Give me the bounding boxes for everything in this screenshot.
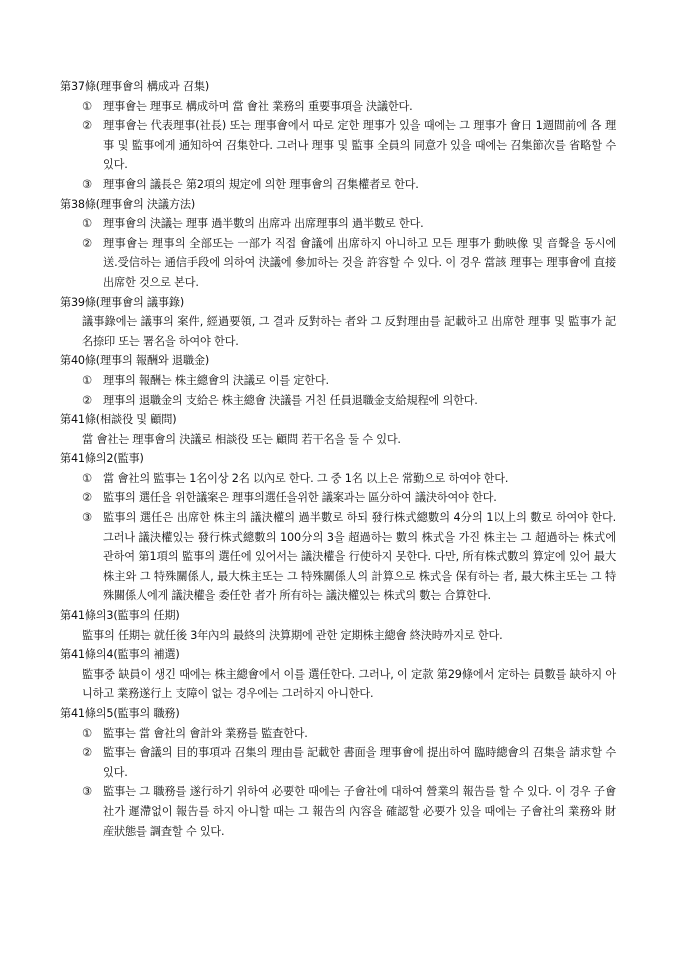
article-41: 第41條(相談役 및 顧問) 當 會社는 理事會의 決議로 相談役 또는 顧問 … xyxy=(60,410,616,449)
article-41-3: 第41條의3(監事의 任期) 監事의 任期는 就任後 3年內의 最終의 決算期에… xyxy=(60,606,616,645)
clause: ③ 理事會의 議長은 第2項의 規定에 의한 理事會의 召集權者로 한다. xyxy=(60,175,616,195)
clause: ① 理事의 報酬는 株主總會의 決議로 이를 定한다. xyxy=(60,371,616,391)
clause: ② 監事는 會議의 目的事項과 召集의 理由를 記載한 書面을 理事會에 提出하… xyxy=(60,743,616,782)
clause-text: 監事의 選任은 出席한 株主의 議決權의 過半數로 하되 發行株式總數의 4分의… xyxy=(103,511,616,602)
article-title: 第41條의2(監事) xyxy=(60,449,616,469)
clause-text: 當 會社의 監事는 1名이상 2名 以內로 한다. 그 중 1名 以上은 常勤으… xyxy=(103,472,508,485)
clause-number: ② xyxy=(82,234,92,254)
clause: ② 監事의 選任을 위한議案은 理事의選任을위한 議案과는 區分하여 議決하여야… xyxy=(60,488,616,508)
clause-text: 監事는 그 職務를 遂行하기 위하여 必要한 때에는 子會社에 대하여 營業의 … xyxy=(103,785,616,837)
clause-number: ② xyxy=(82,743,92,763)
clause-number: ① xyxy=(82,97,92,117)
article-39: 第39條(理事會의 議事錄) 議事錄에는 議事의 案件, 經過要領, 그 결과 … xyxy=(60,293,616,352)
article-body: 議事錄에는 議事의 案件, 經過要領, 그 결과 反對하는 者와 그 反對理由를… xyxy=(60,312,616,351)
article-title: 第41條(相談役 및 顧問) xyxy=(60,410,616,430)
clause: ③ 監事의 選任은 出席한 株主의 議決權의 過半數로 하되 發行株式總數의 4… xyxy=(60,508,616,606)
clause-number: ② xyxy=(82,488,92,508)
document-page: 第37條(理事會의 構成과 召集) ① 理事會는 理事로 構成하며 當 會社 業… xyxy=(60,77,616,841)
clause-number: ① xyxy=(82,469,92,489)
clause-text: 監事는 會議의 目的事項과 召集의 理由를 記載한 書面을 理事會에 提出하여 … xyxy=(103,746,616,779)
article-41-5: 第41條의5(監事의 職務) ① 監事는 當 會社의 會計와 業務를 監査한다.… xyxy=(60,704,616,841)
article-title: 第39條(理事會의 議事錄) xyxy=(60,293,616,313)
article-38: 第38條(理事會의 決議方法) ① 理事會의 決議는 理事 過半數의 出席과 出… xyxy=(60,195,616,293)
clause: ③ 監事는 그 職務를 遂行하기 위하여 必要한 때에는 子會社에 대하여 營業… xyxy=(60,782,616,841)
article-title: 第41條의5(監事의 職務) xyxy=(60,704,616,724)
article-37: 第37條(理事會의 構成과 召集) ① 理事會는 理事로 構成하며 當 會社 業… xyxy=(60,77,616,195)
clause: ① 當 會社의 監事는 1名이상 2名 以內로 한다. 그 중 1名 以上은 常… xyxy=(60,469,616,489)
article-title: 第41條의3(監事의 任期) xyxy=(60,606,616,626)
article-body: 當 會社는 理事會의 決議로 相談役 또는 顧問 若干名을 둘 수 있다. xyxy=(60,430,616,450)
clause-text: 理事의 報酬는 株主總會의 決議로 이를 定한다. xyxy=(103,374,329,387)
clause-number: ② xyxy=(82,116,92,136)
article-40: 第40條(理事의 報酬와 退職金) ① 理事의 報酬는 株主總會의 決議로 이를… xyxy=(60,351,616,410)
clause-text: 理事會의 議長은 第2項의 規定에 의한 理事會의 召集權者로 한다. xyxy=(103,178,419,191)
article-title: 第38條(理事會의 決議方法) xyxy=(60,195,616,215)
article-41-4: 第41條의4(監事의 補選) 監事중 缺員이 생긴 때에는 株主總會에서 이를 … xyxy=(60,645,616,704)
clause-text: 理事의 退職金의 支給은 株主總會 決議를 거친 任員退職金支給規程에 의한다. xyxy=(103,394,478,407)
article-title: 第37條(理事會의 構成과 召集) xyxy=(60,77,616,97)
clause-number: ② xyxy=(82,391,92,411)
article-title: 第40條(理事의 報酬와 退職金) xyxy=(60,351,616,371)
article-title: 第41條의4(監事의 補選) xyxy=(60,645,616,665)
clause-text: 理事會는 理事의 全部또는 一部가 직접 會議에 出席하지 아니하고 모든 理事… xyxy=(103,237,616,289)
clause-number: ③ xyxy=(82,782,92,802)
clause-number: ① xyxy=(82,371,92,391)
clause-text: 理事會의 決議는 理事 過半數의 出席과 出席理事의 過半數로 한다. xyxy=(103,217,423,230)
clause-text: 監事의 選任을 위한議案은 理事의選任을위한 議案과는 區分하여 議決하여야 한… xyxy=(103,491,497,504)
clause: ① 理事會의 決議는 理事 過半數의 出席과 出席理事의 過半數로 한다. xyxy=(60,214,616,234)
clause-text: 監事는 當 會社의 會計와 業務를 監査한다. xyxy=(103,727,308,740)
clause-text: 理事會는 代表理事(社長) 또는 理事會에서 따로 定한 理事가 있을 때에는 … xyxy=(103,119,616,171)
clause-number: ③ xyxy=(82,175,92,195)
clause-number: ① xyxy=(82,214,92,234)
clause: ② 理事의 退職金의 支給은 株主總會 決議를 거친 任員退職金支給規程에 의한… xyxy=(60,391,616,411)
article-body: 監事의 任期는 就任後 3年內의 最終의 決算期에 관한 定期株主總會 終決時까… xyxy=(60,626,616,646)
clause-number: ③ xyxy=(82,508,92,528)
clause: ② 理事會는 理事의 全部또는 一部가 직접 會議에 出席하지 아니하고 모든 … xyxy=(60,234,616,293)
clause: ② 理事會는 代表理事(社長) 또는 理事會에서 따로 定한 理事가 있을 때에… xyxy=(60,116,616,175)
clause: ① 理事會는 理事로 構成하며 當 會社 業務의 重要事項을 決議한다. xyxy=(60,97,616,117)
clause-text: 理事會는 理事로 構成하며 當 會社 業務의 重要事項을 決議한다. xyxy=(103,100,412,113)
clause: ① 監事는 當 會社의 會計와 業務를 監査한다. xyxy=(60,724,616,744)
article-body: 監事중 缺員이 생긴 때에는 株主總會에서 이를 選任한다. 그러나, 이 定款… xyxy=(60,665,616,704)
article-41-2: 第41條의2(監事) ① 當 會社의 監事는 1名이상 2名 以內로 한다. 그… xyxy=(60,449,616,606)
clause-number: ① xyxy=(82,724,92,744)
